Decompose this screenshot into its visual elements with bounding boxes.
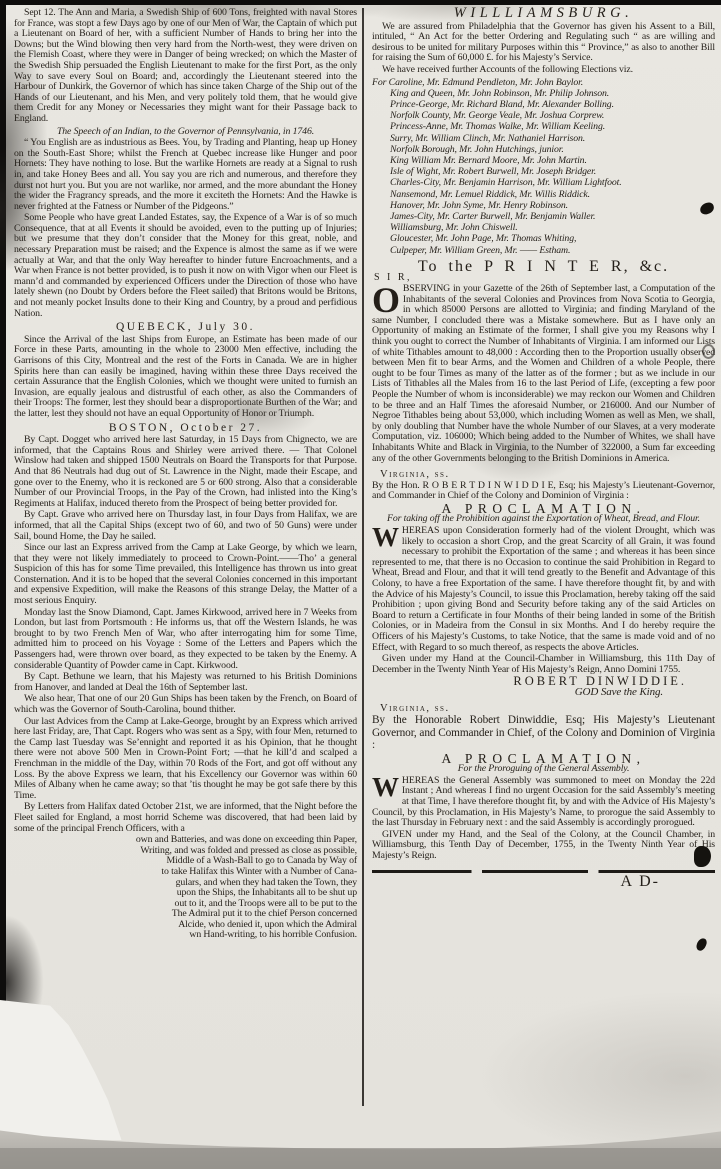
election-entry: James-City, Mr. Carter Burwell, Mr. Benj… bbox=[372, 211, 715, 222]
drop-cap: W bbox=[372, 526, 402, 548]
election-entry: Gloucester, Mr. John Page, Mr. Thomas Wh… bbox=[372, 233, 715, 244]
proclamation-subtitle: For taking off the Prohibition against t… bbox=[372, 514, 715, 525]
left-column: Sept 12. The Ann and Maria, a Swedish Sh… bbox=[14, 8, 357, 941]
news-paragraph: Since our last an Express arrived from t… bbox=[14, 543, 357, 607]
to-the-printer-heading: To the P R I N T E R, &c. bbox=[372, 262, 715, 273]
letter-text: BSERVING in your Gazette of the 26th of … bbox=[372, 283, 715, 464]
election-results-list: For Caroline, Mr. Edmund Pendleton, Mr. … bbox=[372, 77, 715, 256]
god-save-the-king-line: GOD Save the King. bbox=[372, 687, 663, 698]
torn-line: to take Halifax this Winter with a Numbe… bbox=[108, 867, 357, 878]
election-entry: Surry, Mr. William Clinch, Mr. Nathaniel… bbox=[372, 133, 715, 144]
news-paragraph: We are assured from Philadelphia that th… bbox=[372, 22, 715, 64]
letter-paragraph: OBSERVING in your Gazette of the 26th of… bbox=[372, 284, 715, 464]
column-divider-rule bbox=[362, 8, 364, 1106]
election-entry: Hanover, Mr. John Syme, Mr. Henry Robins… bbox=[372, 200, 715, 211]
drop-cap: O bbox=[372, 284, 403, 315]
williamsburg-heading: WILLLIAMSBURG. bbox=[372, 8, 715, 19]
election-entry: Princess-Anne, Mr. Thomas Walke, Mr. Wil… bbox=[372, 121, 715, 132]
elections-intro: We have received further Accounts of the… bbox=[372, 65, 715, 76]
election-entry: Williamsburg, Mr. John Chiswell. bbox=[372, 222, 715, 233]
election-entry: King William Mr. Bernard Moore, Mr. John… bbox=[372, 155, 715, 166]
right-column: WILLLIAMSBURG. We are assured from Phila… bbox=[372, 8, 715, 887]
given-paragraph: Given under my Hand at the Council-Chamb… bbox=[372, 654, 715, 675]
paper-smudge bbox=[0, 150, 40, 270]
news-paragraph: Sept 12. The Ann and Maria, a Swedish Sh… bbox=[14, 8, 357, 125]
quebeck-dateline-heading: QUEBECK, July 30. bbox=[14, 322, 357, 333]
drop-cap: W bbox=[372, 776, 402, 798]
news-paragraph: By Capt. Dogget who arrived here last Sa… bbox=[14, 435, 357, 509]
election-entry: Norfolk Borough, Mr. John Hutchings, jun… bbox=[372, 144, 715, 155]
governor-attribution: By the Hon. R O B E R T D I N W I D D I … bbox=[372, 481, 715, 502]
proclamation-text: HEREAS the General Assembly was summoned… bbox=[372, 775, 715, 828]
end-rule bbox=[372, 870, 715, 873]
proclamation-subtitle: For the Proroguing of the General Assemb… bbox=[372, 764, 715, 775]
speech-heading: The Speech of an Indian, to the Governor… bbox=[14, 127, 357, 138]
election-entry: For Caroline, Mr. Edmund Pendleton, Mr. … bbox=[372, 77, 715, 88]
proclamation-paragraph: WHEREAS the General Assembly was summone… bbox=[372, 776, 715, 829]
news-paragraph-torn: By Letters from Halifax dated October 21… bbox=[14, 802, 357, 834]
news-paragraph: “ You English are as industrious as Bees… bbox=[14, 138, 357, 212]
ink-ring-mark bbox=[702, 344, 715, 359]
proclamation-text: HEREAS upon Consideration formerly had o… bbox=[372, 525, 715, 653]
election-entry: Nansemond, Mr. Lemuel Riddick, Mr. Willi… bbox=[372, 189, 715, 200]
news-paragraph: Monday last the Snow Diamond, Capt. Jame… bbox=[14, 608, 357, 672]
news-paragraph: Some People who have great Landed Estate… bbox=[14, 213, 357, 319]
news-paragraph: Our last Advices from the Camp at Lake-G… bbox=[14, 717, 357, 802]
catchword: A D- bbox=[372, 877, 660, 888]
newspaper-page: Sept 12. The Ann and Maria, a Swedish Sh… bbox=[0, 0, 721, 1169]
torn-text-fragments: own and Batteries, and was done on excee… bbox=[14, 835, 357, 941]
election-entry: King and Queen, Mr. John Robinson, Mr. P… bbox=[372, 88, 715, 99]
given-paragraph: GIVEN under my Hand, and the Seal of the… bbox=[372, 830, 715, 862]
election-entry: Isle of Wight, Mr. Robert Burwell, Mr. J… bbox=[372, 166, 715, 177]
election-entry: Charles-City, Mr. Benjamin Harrison, Mr.… bbox=[372, 177, 715, 188]
virginia-ss-label: Virginia, ss. bbox=[372, 704, 715, 715]
governor-attribution: By the Honorable Robert Dinwiddie, Esq; … bbox=[372, 714, 715, 752]
torn-line: wn Hand-writing, to his horrible Confusi… bbox=[116, 930, 357, 941]
torn-bottom-edge-shadow bbox=[0, 1148, 721, 1169]
paper-smudge bbox=[190, 385, 320, 440]
news-paragraph: We also hear, That one of our 20 Gun Shi… bbox=[14, 694, 357, 715]
election-entry: Culpeper, Mr. William Green, Mr. —— Esth… bbox=[372, 245, 715, 256]
news-paragraph: By Capt. Bethune we learn, that his Maje… bbox=[14, 672, 357, 693]
proclamation-paragraph: WHEREAS upon Consideration formerly had … bbox=[372, 526, 715, 653]
news-paragraph: By Capt. Grave who arrived here on Thurs… bbox=[14, 510, 357, 542]
election-entry: Prince-George, Mr. Richard Bland, Mr. Al… bbox=[372, 99, 715, 110]
election-entry: Norfolk County, Mr. George Veale, Mr. Jo… bbox=[372, 110, 715, 121]
